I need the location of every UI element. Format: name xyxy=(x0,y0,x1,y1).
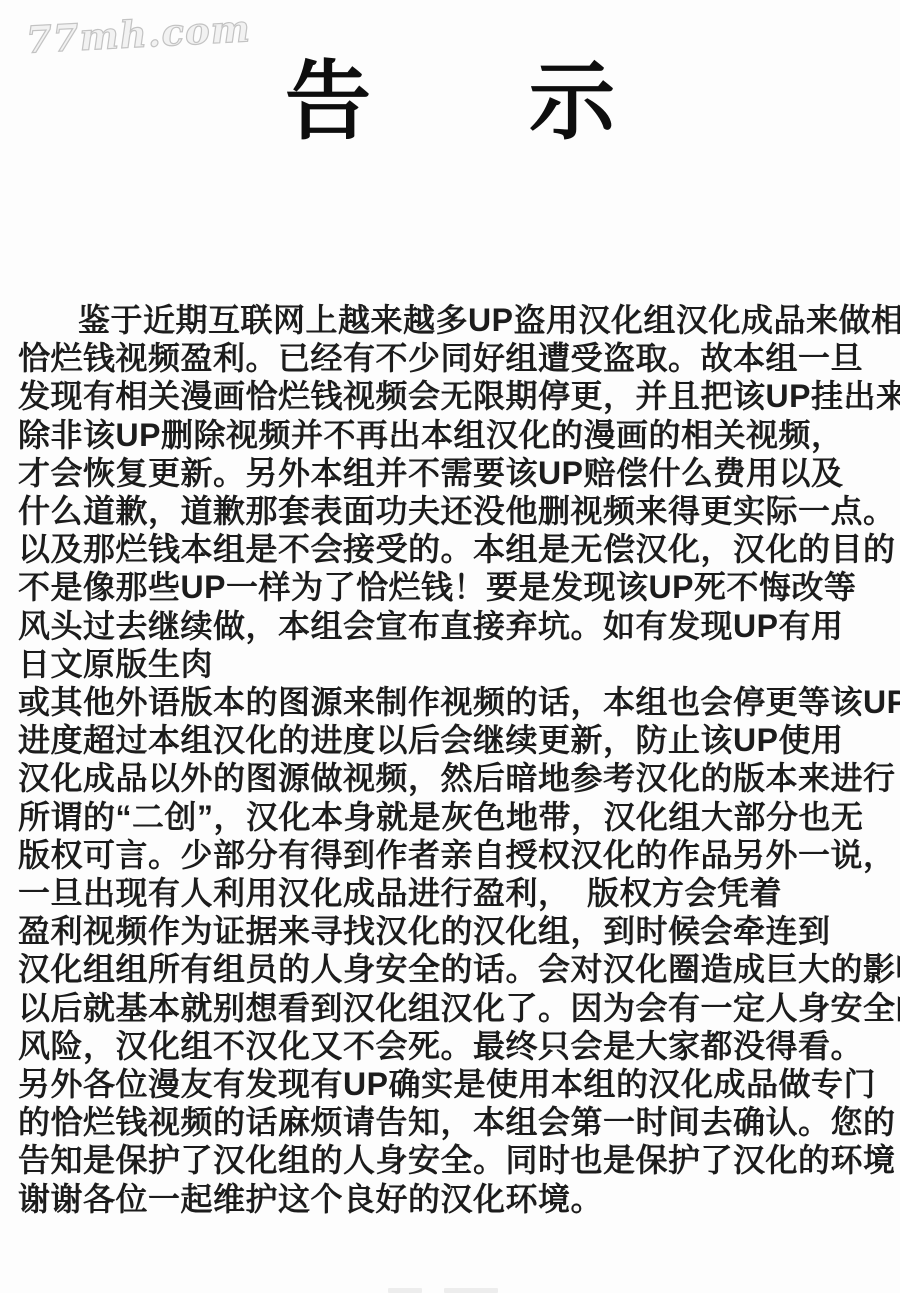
title-char-left: 告 xyxy=(285,56,371,149)
bottom-watermark-remnant xyxy=(388,1288,498,1293)
notice-line: 风险，汉化组不汉化又不会死。最终只会是大家都没得看。 xyxy=(18,1027,892,1065)
notice-body: 鉴于近期互联网上越来越多UP盗用汉化组汉化成品来做相关 恰烂钱视频盈利。已经有不… xyxy=(18,301,892,1218)
notice-line: 一旦出现有人利用汉化成品进行盈利， 版权方会凭着 xyxy=(18,874,892,912)
notice-line: 风头过去继续做，本组会宣布直接弃坑。如有发现UP有用 xyxy=(18,607,892,645)
notice-line: 告知是保护了汉化组的人身安全。同时也是保护了汉化的环境 xyxy=(18,1141,892,1179)
notice-page: 77mh.com 告 示 鉴于近期互联网上越来越多UP盗用汉化组汉化成品来做相关… xyxy=(0,0,900,1293)
notice-line: 以及那烂钱本组是不会接受的。本组是无偿汉化，汉化的目的 xyxy=(18,530,892,568)
notice-line: 进度超过本组汉化的进度以后会继续更新，防止该UP使用 xyxy=(18,721,892,759)
remnant-chip xyxy=(388,1288,422,1293)
remnant-chip xyxy=(444,1288,498,1293)
page-title: 告 示 xyxy=(0,56,900,149)
notice-line: 鉴于近期互联网上越来越多UP盗用汉化组汉化成品来做相关 xyxy=(18,301,892,339)
notice-line: 版权可言。少部分有得到作者亲自授权汉化的作品另外一说， xyxy=(18,836,892,874)
notice-line: 盈利视频作为证据来寻找汉化的汉化组，到时候会牵连到 xyxy=(18,912,892,950)
notice-line: 恰烂钱视频盈利。已经有不少同好组遭受盗取。故本组一旦 xyxy=(18,339,892,377)
notice-line: 什么道歉，道歉那套表面功夫还没他删视频来得更实际一点。 xyxy=(18,492,892,530)
notice-line: 的恰烂钱视频的话麻烦请告知，本组会第一时间去确认。您的 xyxy=(18,1103,892,1141)
notice-line: 或其他外语版本的图源来制作视频的话，本组也会停更等该UP的 xyxy=(18,683,892,721)
notice-line: 汉化组组所有组员的人身安全的话。会对汉化圈造成巨大的影响， xyxy=(18,950,892,988)
notice-line: 日文原版生肉 xyxy=(18,645,892,683)
notice-line: 不是像那些UP一样为了恰烂钱！要是发现该UP死不悔改等 xyxy=(18,568,892,606)
notice-line: 所谓的“二创”，汉化本身就是灰色地带，汉化组大部分也无 xyxy=(18,798,892,836)
notice-line: 另外各位漫友有发现有UP确实是使用本组的汉化成品做专门 xyxy=(18,1065,892,1103)
notice-line: 汉化成品以外的图源做视频，然后暗地参考汉化的版本来进行 xyxy=(18,759,892,797)
site-watermark: 77mh.com xyxy=(25,6,252,62)
notice-line: 发现有相关漫画恰烂钱视频会无限期停更，并且把该UP挂出来， xyxy=(18,377,892,415)
notice-line: 谢谢各位一起维护这个良好的汉化环境。 xyxy=(18,1180,892,1218)
notice-line: 除非该UP删除视频并不再出本组汉化的漫画的相关视频， xyxy=(18,416,892,454)
title-char-right: 示 xyxy=(529,56,615,149)
notice-line: 以后就基本就别想看到汉化组汉化了。因为会有一定人身安全的 xyxy=(18,989,892,1027)
notice-line: 才会恢复更新。另外本组并不需要该UP赔偿什么费用以及 xyxy=(18,454,892,492)
